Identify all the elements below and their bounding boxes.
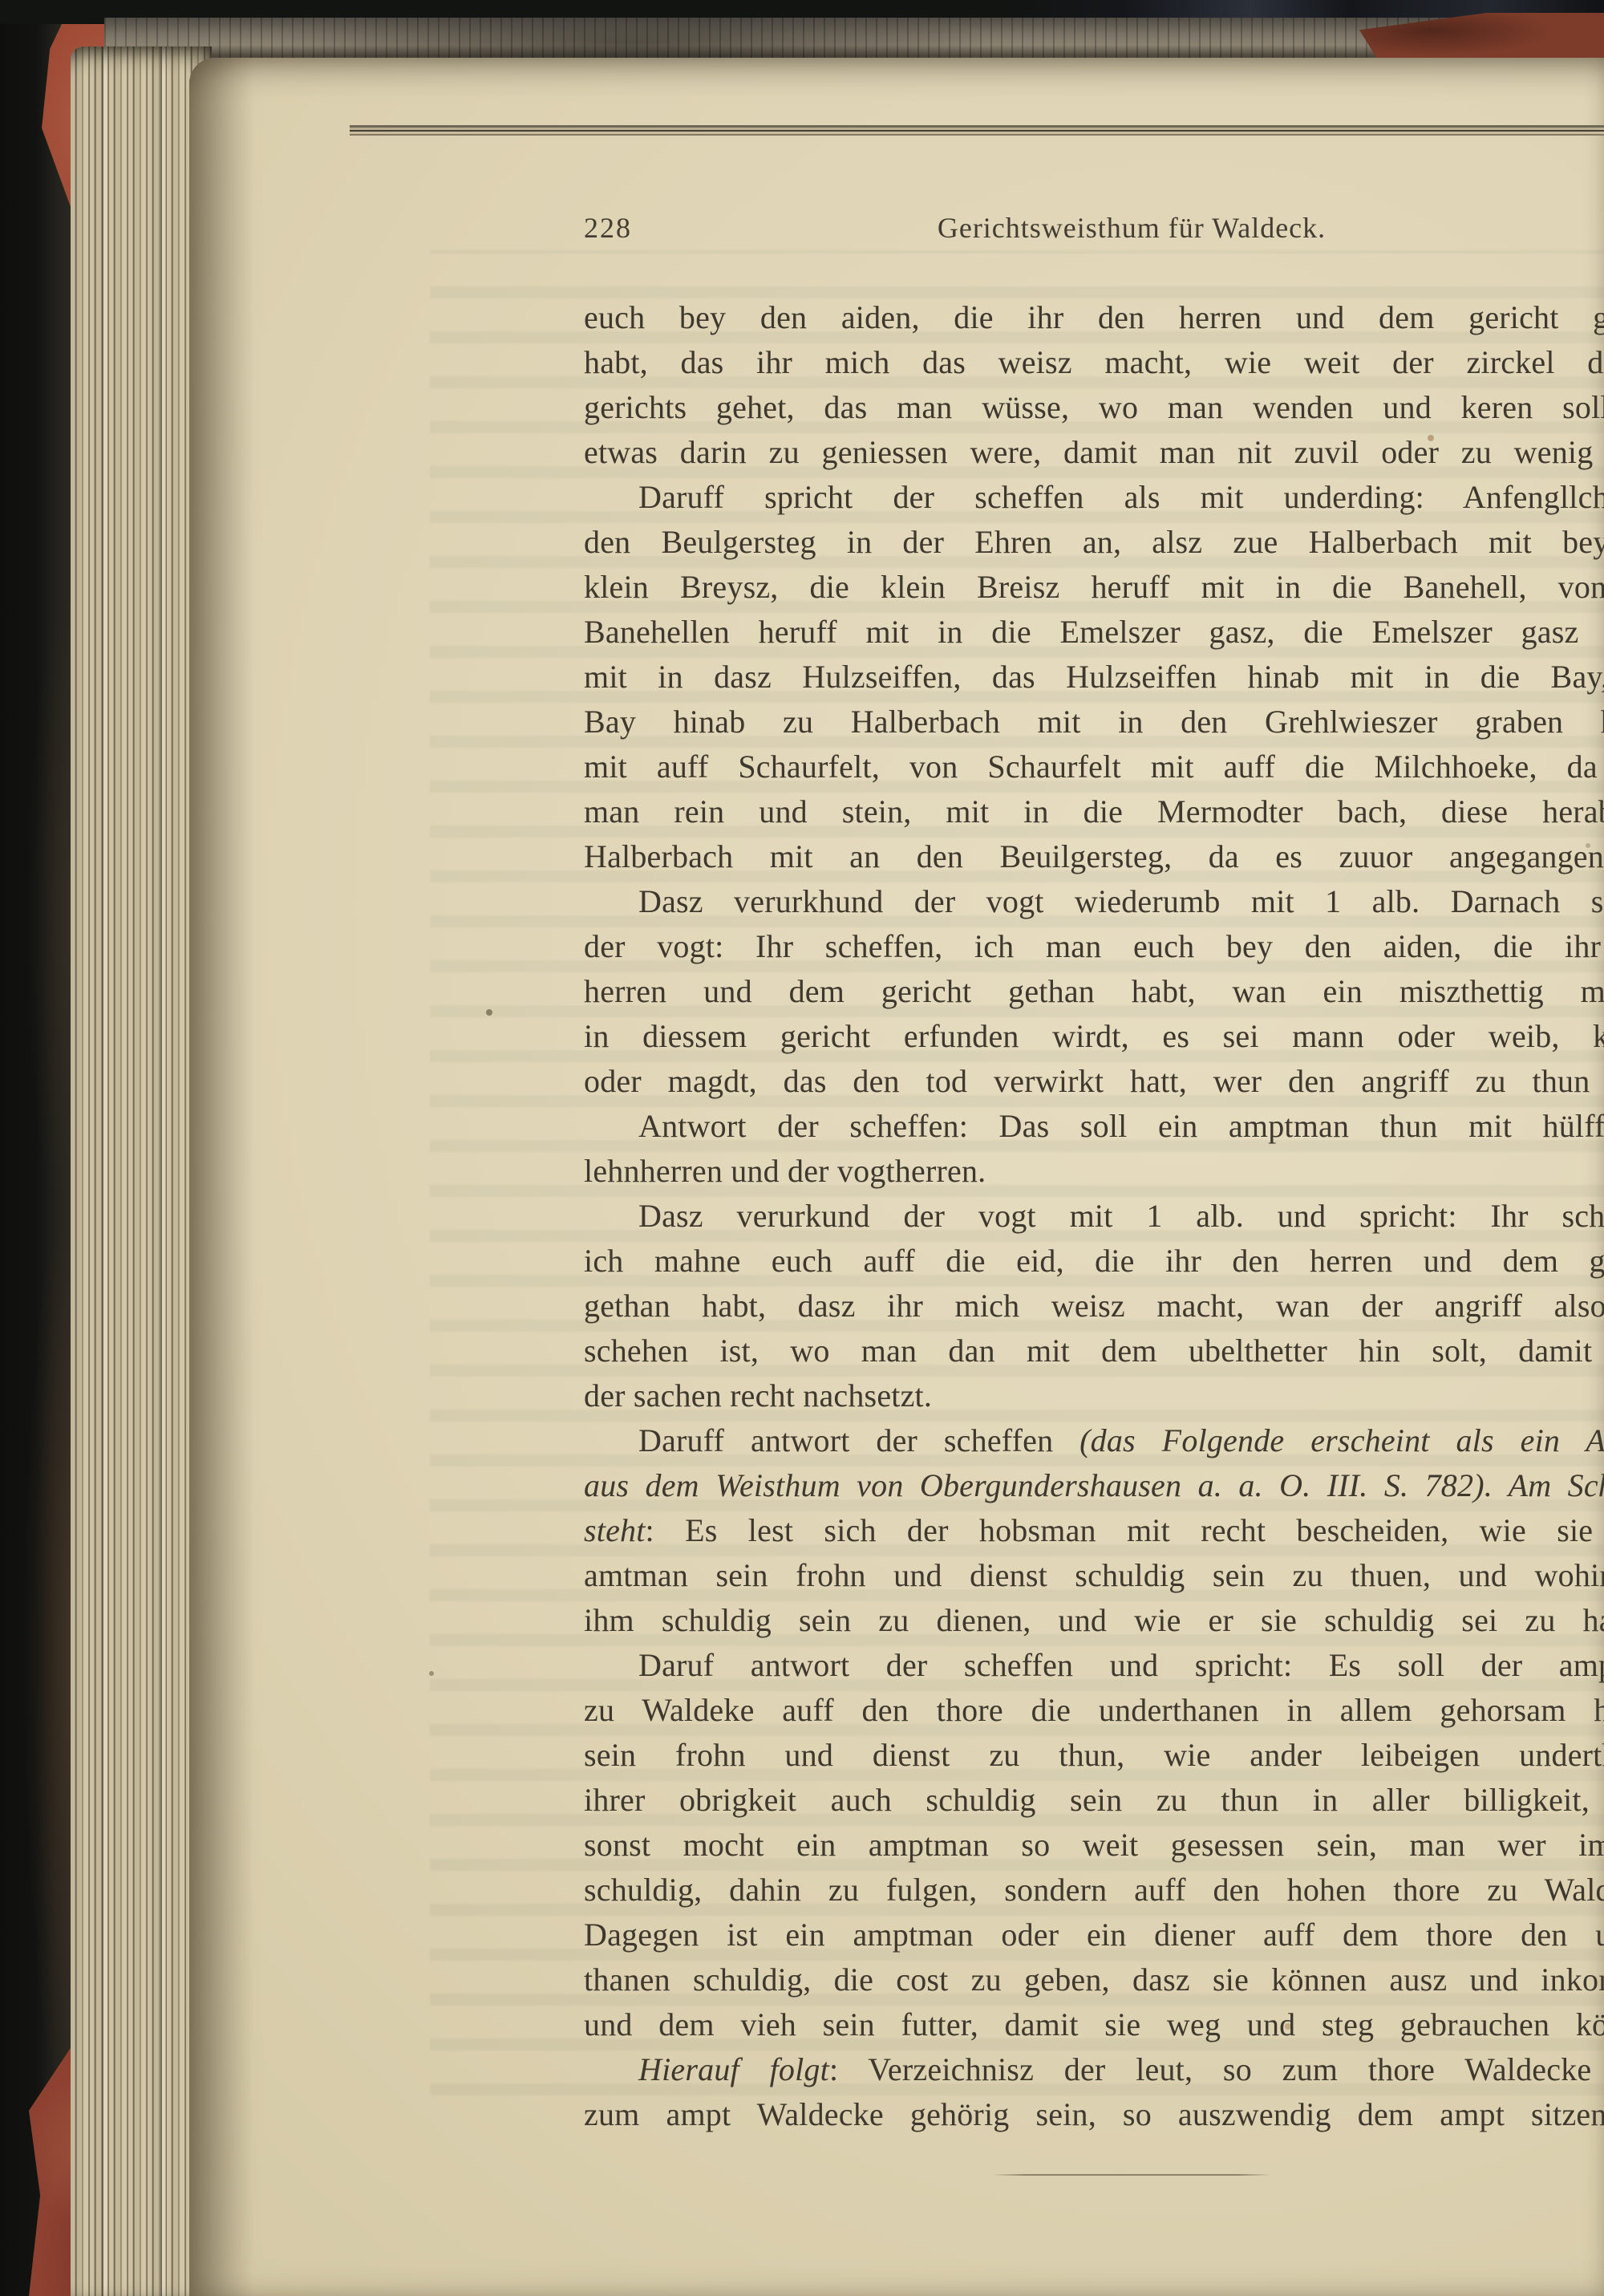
- text-line: mit auff Schaurfelt, von Schaurfelt mit …: [584, 744, 1604, 789]
- text-line: man rein und stein, mit in die Mermodter…: [584, 789, 1604, 834]
- footer-rule: [992, 2174, 1271, 2176]
- volume-label: VI.: [1559, 210, 1604, 245]
- text-line: Dasz verurkund der vogt mit 1 alb. und s…: [584, 1194, 1604, 1239]
- text-line: Daruf antwort der scheffen und spricht: …: [584, 1643, 1604, 1688]
- text-line: aus dem Weisthum von Obergundershausen a…: [584, 1463, 1604, 1508]
- text-line: ich mahne euch auff die eid, die ihr den…: [584, 1239, 1604, 1284]
- text-line: Banehellen heruff mit in die Emelszer ga…: [584, 610, 1604, 655]
- text-line: Antwort der scheffen: Das soll ein amptm…: [584, 1104, 1604, 1149]
- text-line: sein frohn und dienst zu thun, wie ander…: [584, 1733, 1604, 1778]
- text-line: Daruff antwort der scheffen (das Folgend…: [584, 1418, 1604, 1463]
- text-line: der sachen recht nachsetzt.: [584, 1373, 1604, 1418]
- text-line: schuldig, dahin zu fulgen, sondern auff …: [584, 1868, 1604, 1913]
- text-line: Hierauf folgt: Verzeichnisz der leut, so…: [584, 2047, 1604, 2092]
- book-page: 228 Gerichtsweisthum für Waldeck. VI. eu…: [189, 58, 1604, 2296]
- text-line: Dasz verurkhund der vogt wiederumb mit 1…: [584, 879, 1604, 924]
- text-line: Halberbach mit an den Beuilgersteg, da e…: [584, 834, 1604, 879]
- text-line: mit in dasz Hulzseiffen, das Hulzseiffen…: [584, 655, 1604, 700]
- text-line: steht: Es lest sich der hobsman mit rech…: [584, 1508, 1604, 1553]
- text-line: oder magdt, das den tod verwirkt hatt, w…: [584, 1059, 1604, 1104]
- paper-specks: [189, 58, 192, 61]
- text-line: herren und dem gericht gethan habt, wan …: [584, 969, 1604, 1014]
- text-line: und dem vieh sein futter, damit sie weg …: [584, 2002, 1604, 2047]
- running-header: 228 Gerichtsweisthum für Waldeck. VI.: [584, 210, 1604, 245]
- text-line: schehen ist, wo man dan mit dem ubelthet…: [584, 1329, 1604, 1373]
- text-line: zum ampt Waldecke gehörig sein, so auszw…: [584, 2092, 1604, 2137]
- page-number: 228: [584, 210, 704, 245]
- text-line: etwas darin zu geniessen were, damit man…: [584, 430, 1604, 475]
- running-title: Gerichtsweisthum für Waldeck.: [704, 210, 1559, 245]
- text-line: thanen schuldig, die cost zu geben, dasz…: [584, 1957, 1604, 2002]
- text-line: amtman sein frohn und dienst schuldig se…: [584, 1553, 1604, 1598]
- text-block: 228 Gerichtsweisthum für Waldeck. VI. eu…: [584, 210, 1604, 2176]
- text-line: in diessem gericht erfunden wirdt, es se…: [584, 1014, 1604, 1059]
- text-line: Bay hinab zu Halberbach mit in den Grehl…: [584, 700, 1604, 744]
- text-line: Dagegen ist ein amptman oder ein diener …: [584, 1913, 1604, 1957]
- text-line: ihrer obrigkeit auch schuldig sein zu th…: [584, 1778, 1604, 1823]
- text-line: klein Breysz, die klein Breisz heruff mi…: [584, 565, 1604, 610]
- text-line: gethan habt, dasz ihr mich weisz macht, …: [584, 1284, 1604, 1329]
- text-line: Daruff spricht der scheffen als mit unde…: [584, 475, 1604, 520]
- text-line: lehnherren und der vogtherren.: [584, 1149, 1604, 1194]
- text-line: gerichts gehet, das man wüsse, wo man we…: [584, 385, 1604, 430]
- text-line: sonst mocht ein amptman so weit gesessen…: [584, 1823, 1604, 1868]
- text-line: habt, das ihr mich das weisz macht, wie …: [584, 340, 1604, 385]
- text-line: euch bey den aiden, die ihr den herren u…: [584, 295, 1604, 340]
- text-line: der vogt: Ihr scheffen, ich man euch bey…: [584, 924, 1604, 969]
- text-line: den Beulgersteg in der Ehren an, alsz zu…: [584, 520, 1604, 565]
- text-line: zu Waldeke auff den thore die underthane…: [584, 1688, 1604, 1733]
- body-lines: euch bey den aiden, die ihr den herren u…: [584, 295, 1604, 2137]
- book-scan: 228 Gerichtsweisthum für Waldeck. VI. eu…: [0, 0, 1604, 2296]
- text-line: ihm schuldig sein zu dienen, und wie er …: [584, 1598, 1604, 1643]
- page-top-seam: [350, 125, 1604, 138]
